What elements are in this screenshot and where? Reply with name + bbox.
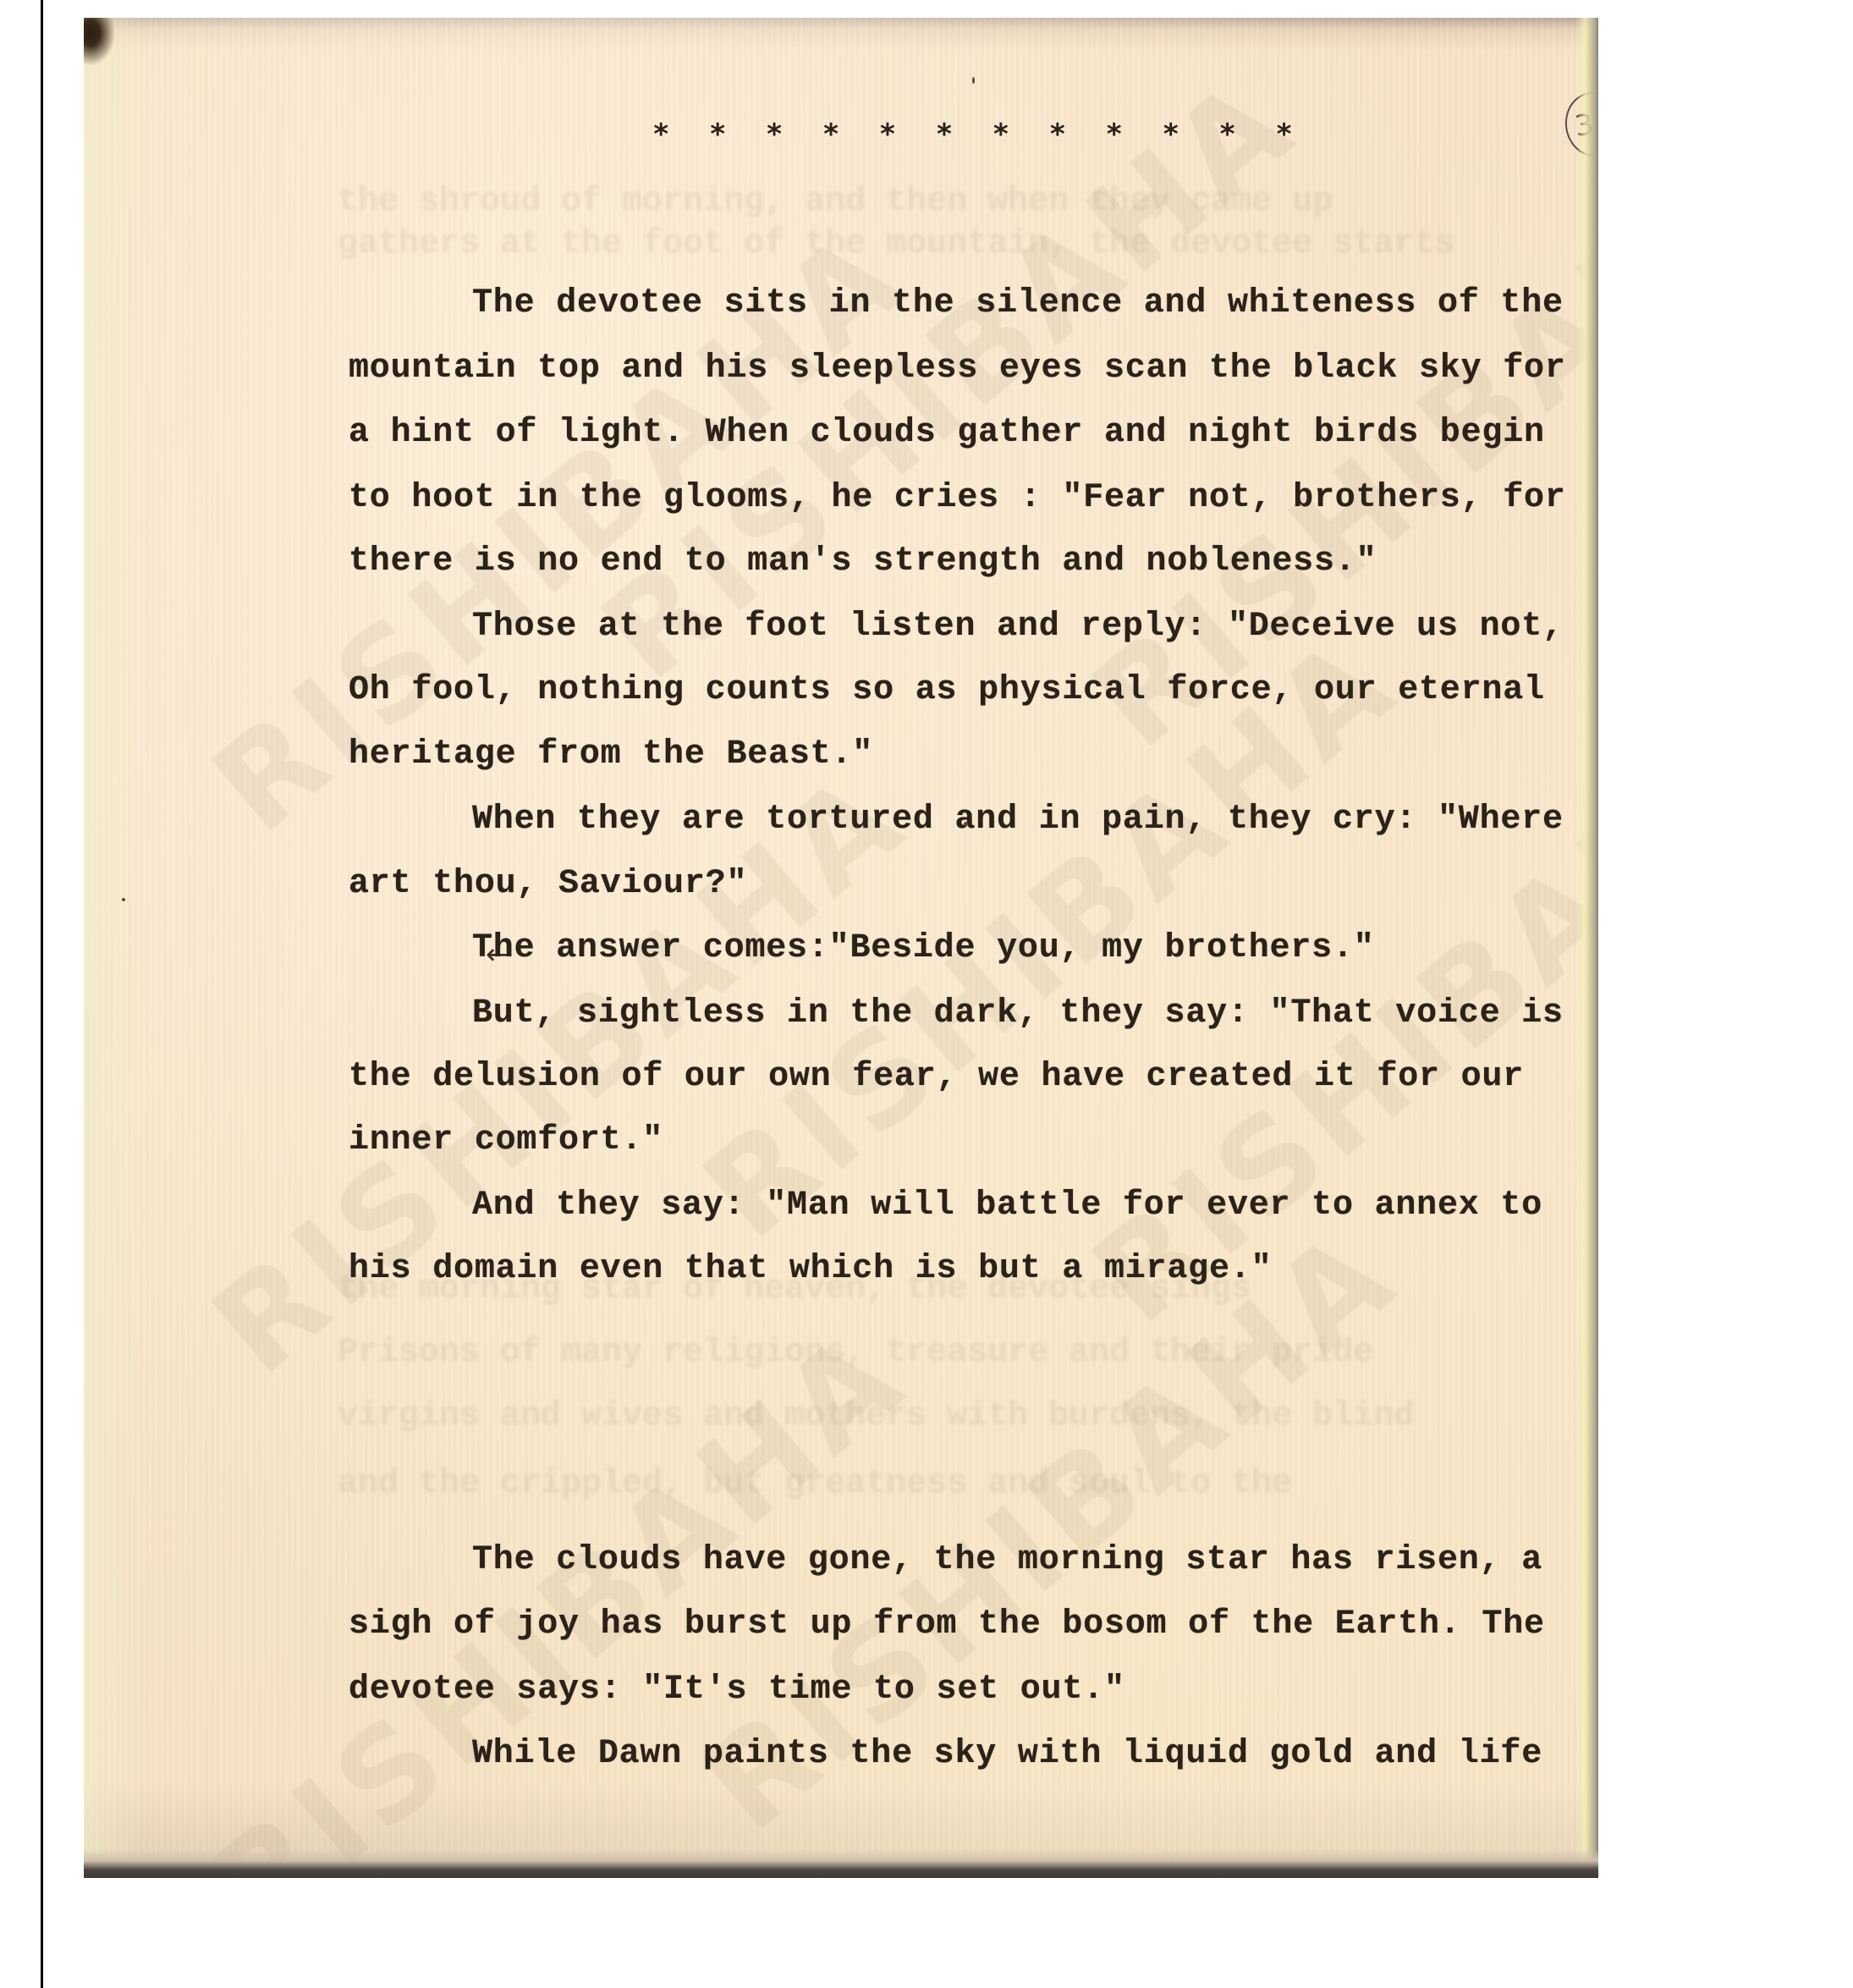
paper-shading (84, 18, 143, 1878)
text-line: When they are tortured and in pain, they… (472, 801, 1564, 839)
paper-speck (964, 822, 968, 826)
torn-corner (84, 18, 118, 69)
text-line: Those at the foot listen and reply: "Dec… (472, 608, 1564, 646)
paper-speck (122, 898, 125, 901)
text-line: his domain even that which is but a mira… (349, 1250, 1272, 1288)
text-line: While Dawn paints the sky with liquid go… (472, 1735, 1542, 1773)
text-line: to hoot in the glooms, he cries : "Fear … (349, 479, 1566, 517)
text-line: And they say: "Man will battle for ever … (472, 1187, 1542, 1225)
text-line: a hint of light. When clouds gather and … (349, 414, 1545, 452)
text-line: Oh fool, nothing counts so as physical f… (349, 671, 1545, 709)
text-line: But, sightless in the dark, they say: "T… (472, 994, 1564, 1033)
text-line: mountain top and his sleepless eyes scan… (349, 350, 1566, 388)
paper-edge-bottom (84, 1849, 1598, 1878)
bleed-through-line: virgins and wives and mothers with burde… (338, 1397, 1414, 1435)
text-line: The devotee sits in the silence and whit… (472, 284, 1564, 322)
bleed-through-line: Prisons of many religions, treasure and … (338, 1334, 1373, 1372)
bleed-through-line: gathers at the foot of the mountain, the… (338, 225, 1454, 263)
paper-speck (972, 77, 975, 84)
text-line: art thou, Saviour?" (349, 865, 747, 903)
paper-edge-right (1576, 18, 1598, 1878)
text-line: The clouds have gone, the morning star h… (472, 1541, 1542, 1579)
bleed-through-line: the shroud of morning, and then when the… (338, 183, 1333, 221)
text-line: heritage from the Beast." (349, 735, 873, 774)
text-line: sigh of joy has burst up from the bosom … (349, 1605, 1545, 1644)
scanned-page: RISHIBAHA RISHIBAHA RISHIBAHA RISHIBAHA … (84, 18, 1598, 1878)
bleed-through-line: and the crippled, but greatness and soul… (338, 1465, 1292, 1503)
text-line: The answer comes:"Beside you, my brother… (472, 929, 1375, 967)
watermark: RISHIBAHA (187, 1302, 933, 1878)
page-left-border (41, 0, 43, 1988)
text-line: there is no end to man's strength and no… (349, 542, 1377, 581)
text-line: inner comfort." (349, 1121, 663, 1159)
section-separator: * * * * * * * * * * * * (652, 118, 1304, 151)
text-line: the delusion of our own fear, we have cr… (349, 1058, 1524, 1096)
text-line: devotee says: "It's time to set out." (349, 1671, 1125, 1709)
